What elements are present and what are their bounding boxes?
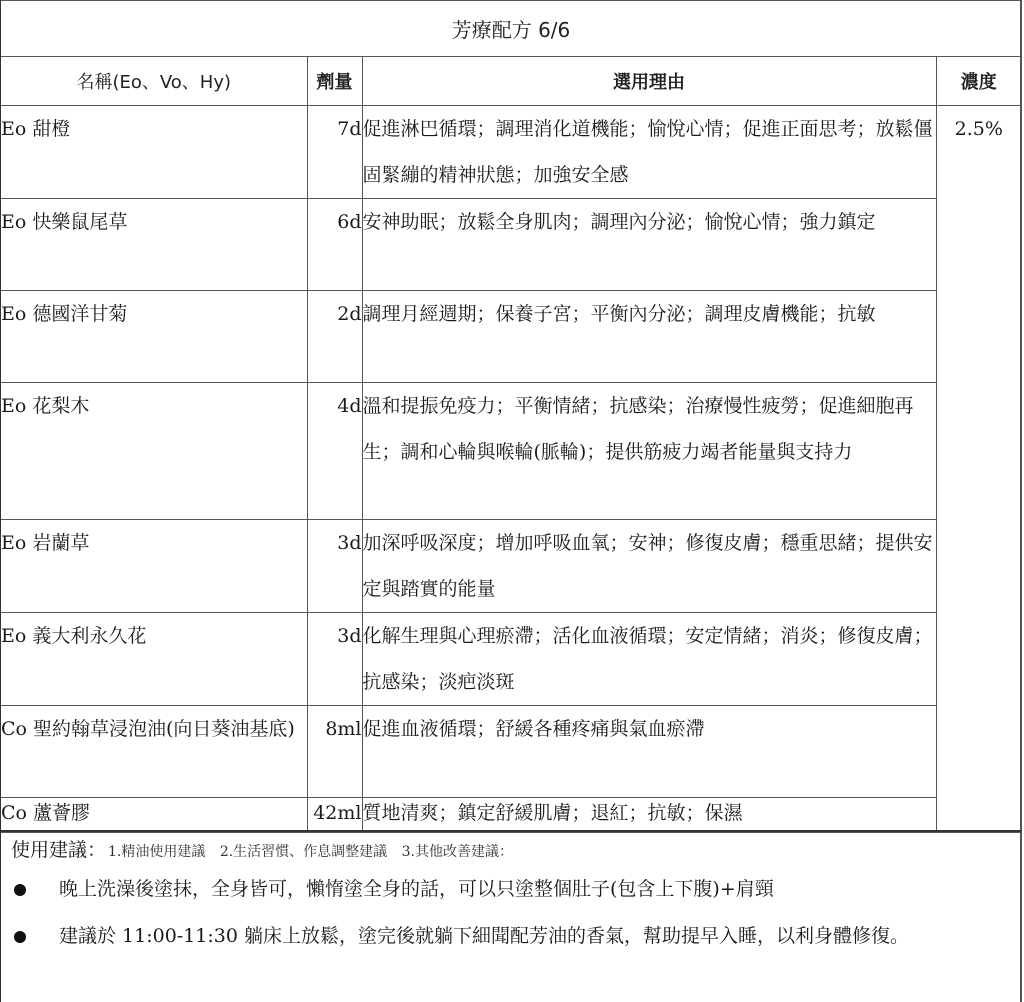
table-row: Eo 花梨木 4d 溫和提振免疫力；平衡情緒；抗感染；治療慢性疲勞；促進細胞再生… [1, 383, 1021, 520]
usage-bullet: 晚上洗澡後塗抹，全身皆可，懶惰塗全身的話，可以只塗整個肚子(包含上下腹)+肩頸 [11, 867, 1001, 912]
formula-document: 芳療配方 6/6 名稱(Eo、Vo、Hy) 劑量 選用理由 濃度 Eo 甜橙 7… [0, 0, 1022, 1002]
formula-table: 名稱(Eo、Vo、Hy) 劑量 選用理由 濃度 Eo 甜橙 7d 促進淋巴循環；… [1, 56, 1021, 833]
header-dose: 劑量 [307, 57, 362, 106]
header-concentration: 濃度 [936, 57, 1021, 106]
oil-dose: 6d [307, 199, 362, 291]
table-row: Co 聖約翰草浸泡油(向日葵油基底) 8ml 促進血液循環；舒緩各種疼痛與氣血瘀… [1, 706, 1021, 798]
oil-name: Eo 甜橙 [1, 106, 307, 199]
table-row: Eo 義大利永久花 3d 化解生理與心理瘀滯；活化血液循環；安定情緒；消炎；修復… [1, 613, 1021, 706]
oil-reason: 促進血液循環；舒緩各種疼痛與氣血瘀滯 [362, 706, 936, 798]
table-row: Eo 岩蘭草 3d 加深呼吸深度；增加呼吸血氧；安神；修復皮膚；穩重思緒；提供安… [1, 520, 1021, 613]
document-title: 芳療配方 6/6 [1, 1, 1021, 57]
usage-bullet: 建議於 11:00-11:30 躺床上放鬆，塗完後就躺下細聞配芳油的香氣，幫助提… [11, 914, 1001, 959]
oil-name: Co 蘆薈膠 [1, 798, 307, 833]
oil-dose: 8ml [307, 706, 362, 798]
bullet-dot-icon [14, 931, 26, 943]
oil-reason: 調理月經週期；保養子宮；平衡內分泌；調理皮膚機能；抗敏 [362, 291, 936, 383]
oil-dose: 2d [307, 291, 362, 383]
table-row: Co 蘆薈膠 42ml 質地清爽；鎮定舒緩肌膚；退紅；抗敏；保濕 [1, 798, 1021, 833]
table-row: Eo 甜橙 7d 促進淋巴循環；調理消化道機能；愉悅心情；促進正面思考；放鬆僵固… [1, 106, 1021, 199]
oil-reason: 加深呼吸深度；增加呼吸血氧；安神；修復皮膚；穩重思緒；提供安定與踏實的能量 [362, 520, 936, 613]
usage-categories: 1.精油使用建議 2.生活習慣、作息調整建議 3.其他改善建議： [108, 844, 513, 860]
oil-dose: 3d [307, 613, 362, 706]
oil-reason: 化解生理與心理瘀滯；活化血液循環；安定情緒；消炎；修復皮膚；抗感染；淡疤淡斑 [362, 613, 936, 706]
oil-name: Eo 花梨木 [1, 383, 307, 520]
oil-name: Co 聖約翰草浸泡油(向日葵油基底) [1, 706, 307, 798]
header-reason: 選用理由 [362, 57, 936, 106]
bullet-dot-icon [14, 884, 26, 896]
table-row: Eo 德國洋甘菊 2d 調理月經週期；保養子宮；平衡內分泌；調理皮膚機能；抗敏 [1, 291, 1021, 383]
oil-dose: 4d [307, 383, 362, 520]
concentration-value: 2.5% [936, 106, 1021, 833]
oil-reason: 安神助眠；放鬆全身肌肉；調理內分泌；愉悅心情；強力鎮定 [362, 199, 936, 291]
oil-reason: 溫和提振免疫力；平衡情緒；抗感染；治療慢性疲勞；促進細胞再生；調和心輪與喉輪(脈… [362, 383, 936, 520]
oil-dose: 3d [307, 520, 362, 613]
usage-label: 使用建議： [11, 839, 106, 861]
oil-reason: 促進淋巴循環；調理消化道機能；愉悅心情；促進正面思考；放鬆僵固緊繃的精神狀態；加… [362, 106, 936, 199]
oil-name: Eo 義大利永久花 [1, 613, 307, 706]
oil-dose: 7d [307, 106, 362, 199]
oil-name: Eo 德國洋甘菊 [1, 291, 307, 383]
table-row: Eo 快樂鼠尾草 6d 安神助眠；放鬆全身肌肉；調理內分泌；愉悅心情；強力鎮定 [1, 199, 1021, 291]
table-header-row: 名稱(Eo、Vo、Hy) 劑量 選用理由 濃度 [1, 57, 1021, 106]
usage-bullet-text: 建議於 11:00-11:30 躺床上放鬆，塗完後就躺下細聞配芳油的香氣，幫助提… [59, 914, 1001, 959]
usage-section: 使用建議：1.精油使用建議 2.生活習慣、作息調整建議 3.其他改善建議： 晚上… [1, 830, 1021, 1002]
usage-header: 使用建議：1.精油使用建議 2.生活習慣、作息調整建議 3.其他改善建議： [11, 835, 513, 862]
oil-name: Eo 快樂鼠尾草 [1, 199, 307, 291]
oil-reason: 質地清爽；鎮定舒緩肌膚；退紅；抗敏；保濕 [362, 798, 936, 833]
header-name: 名稱(Eo、Vo、Hy) [1, 57, 307, 106]
oil-name: Eo 岩蘭草 [1, 520, 307, 613]
oil-dose: 42ml [307, 798, 362, 833]
usage-bullet-text: 晚上洗澡後塗抹，全身皆可，懶惰塗全身的話，可以只塗整個肚子(包含上下腹)+肩頸 [59, 867, 1001, 912]
